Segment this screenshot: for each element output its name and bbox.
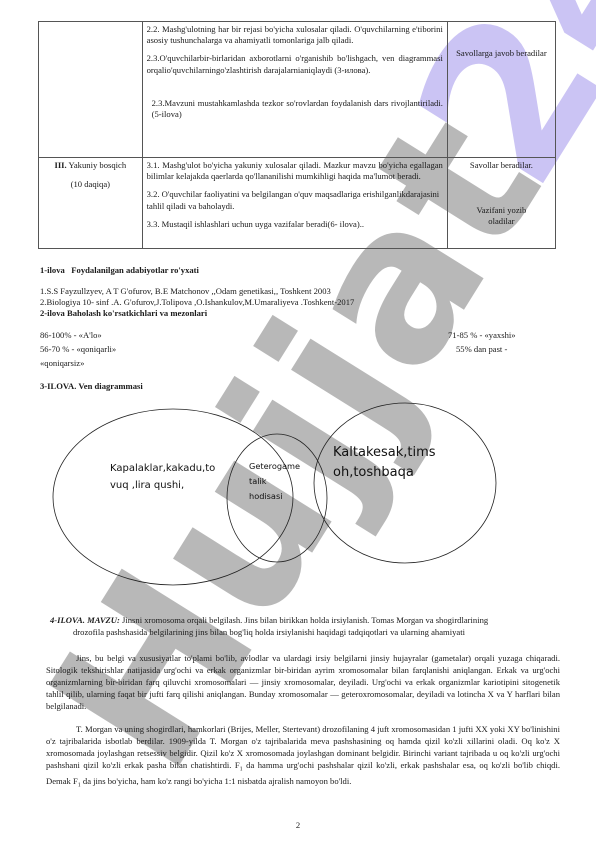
- body-paragraph: T. Morgan va uning shogirdlari, hamkorla…: [46, 724, 560, 793]
- stage-cell: [39, 22, 143, 158]
- activity-text: 3.2. O'quvchilar faoliyatini va belgilan…: [147, 189, 443, 211]
- appendix-3-heading: 3-ILOVA. Ven diagrammasi: [40, 381, 143, 392]
- criteria-item: «qoniqarsiz»: [40, 358, 84, 369]
- student-activity-cell: Savollarga javob beradilar: [447, 22, 555, 158]
- appendix-2-heading: 2-ilova Baholash ko'rsatkichlari va mezo…: [40, 308, 207, 319]
- body-paragraph: Jins, bu belgi va xususiyatlar to'plami …: [46, 653, 560, 713]
- activity-text: 2.2. Mashg'ulotning har bir rejasi bo'yi…: [147, 24, 443, 46]
- student-activity-cell: Savollar beradilar. Vazifani yozib oladi…: [447, 158, 555, 249]
- page-number: 2: [0, 820, 596, 830]
- stage-title: Yakuniy bosqich: [69, 160, 127, 170]
- criteria-item: 86-100% - «A'lo»: [40, 330, 102, 341]
- document-page: Hujjat 24 2.2. Mashg'ulotning har bir re…: [0, 0, 596, 842]
- teacher-activity-cell: 2.2. Mashg'ulotning har bir rejasi bo'yi…: [142, 22, 447, 158]
- stage-duration: (10 daqiqa): [43, 179, 138, 190]
- lesson-plan-table: 2.2. Mashg'ulotning har bir rejasi bo'yi…: [38, 21, 556, 249]
- criteria-item: 56-70 % - «qoniqarli»: [40, 344, 116, 355]
- teacher-activity-cell: 3.1. Mashg'ulot bo'yicha yakuniy xulosal…: [142, 158, 447, 249]
- reference-item: 2.Biologiya 10- sinf .A. G'ofurov,J.Toli…: [40, 297, 354, 308]
- table-row: III. Yakuniy bosqich (10 daqiqa) 3.1. Ma…: [39, 158, 556, 249]
- criteria-item: 55% dan past -: [456, 344, 507, 355]
- appendix-1-heading: 1-ilova Foydalanilgan adabiyotlar ro'yxa…: [40, 265, 199, 276]
- activity-text: 2.3.O'quvchilarbir-birlaridan axborotlar…: [147, 53, 443, 75]
- venn-left-label: Kapalaklar,kakadu,to vuq ,lira qushi,: [110, 460, 215, 494]
- appendix-4-heading-line2: drozofila pashshasida belgilarining jins…: [73, 627, 465, 638]
- appendix-4-heading: 4-ILOVA. MAVZU: Jinsni xromosoma orqali …: [50, 615, 488, 626]
- student-activity-text: Savollar beradilar.: [452, 160, 551, 171]
- venn-center-label: Geterogame talik hodisasi: [249, 459, 300, 504]
- activity-text: 3.3. Mustaqil ishlashlari uchun uyga vaz…: [147, 219, 443, 230]
- venn-right-circle: [314, 403, 496, 563]
- venn-right-label: Kaltakesak,tims oh,toshbaqa: [333, 443, 436, 483]
- activity-text: 3.1. Mashg'ulot bo'yicha yakuniy xulosal…: [147, 160, 443, 182]
- stage-cell: III. Yakuniy bosqich (10 daqiqa): [39, 158, 143, 249]
- stage-number: III.: [54, 160, 66, 170]
- criteria-item: 71-85 % - «yaxshi»: [448, 330, 516, 341]
- reference-item: 1.S.S Fayzullzyev, A T G'ofurov, B.E Mat…: [40, 286, 331, 297]
- activity-text: 2.3.Mavzuni mustahkamlashda tezkor so'ro…: [147, 98, 443, 120]
- student-activity-text: Vazifani yozib oladilar: [452, 205, 551, 227]
- student-activity-text: Savollarga javob beradilar: [452, 48, 551, 59]
- table-row: 2.2. Mashg'ulotning har bir rejasi bo'yi…: [39, 22, 556, 158]
